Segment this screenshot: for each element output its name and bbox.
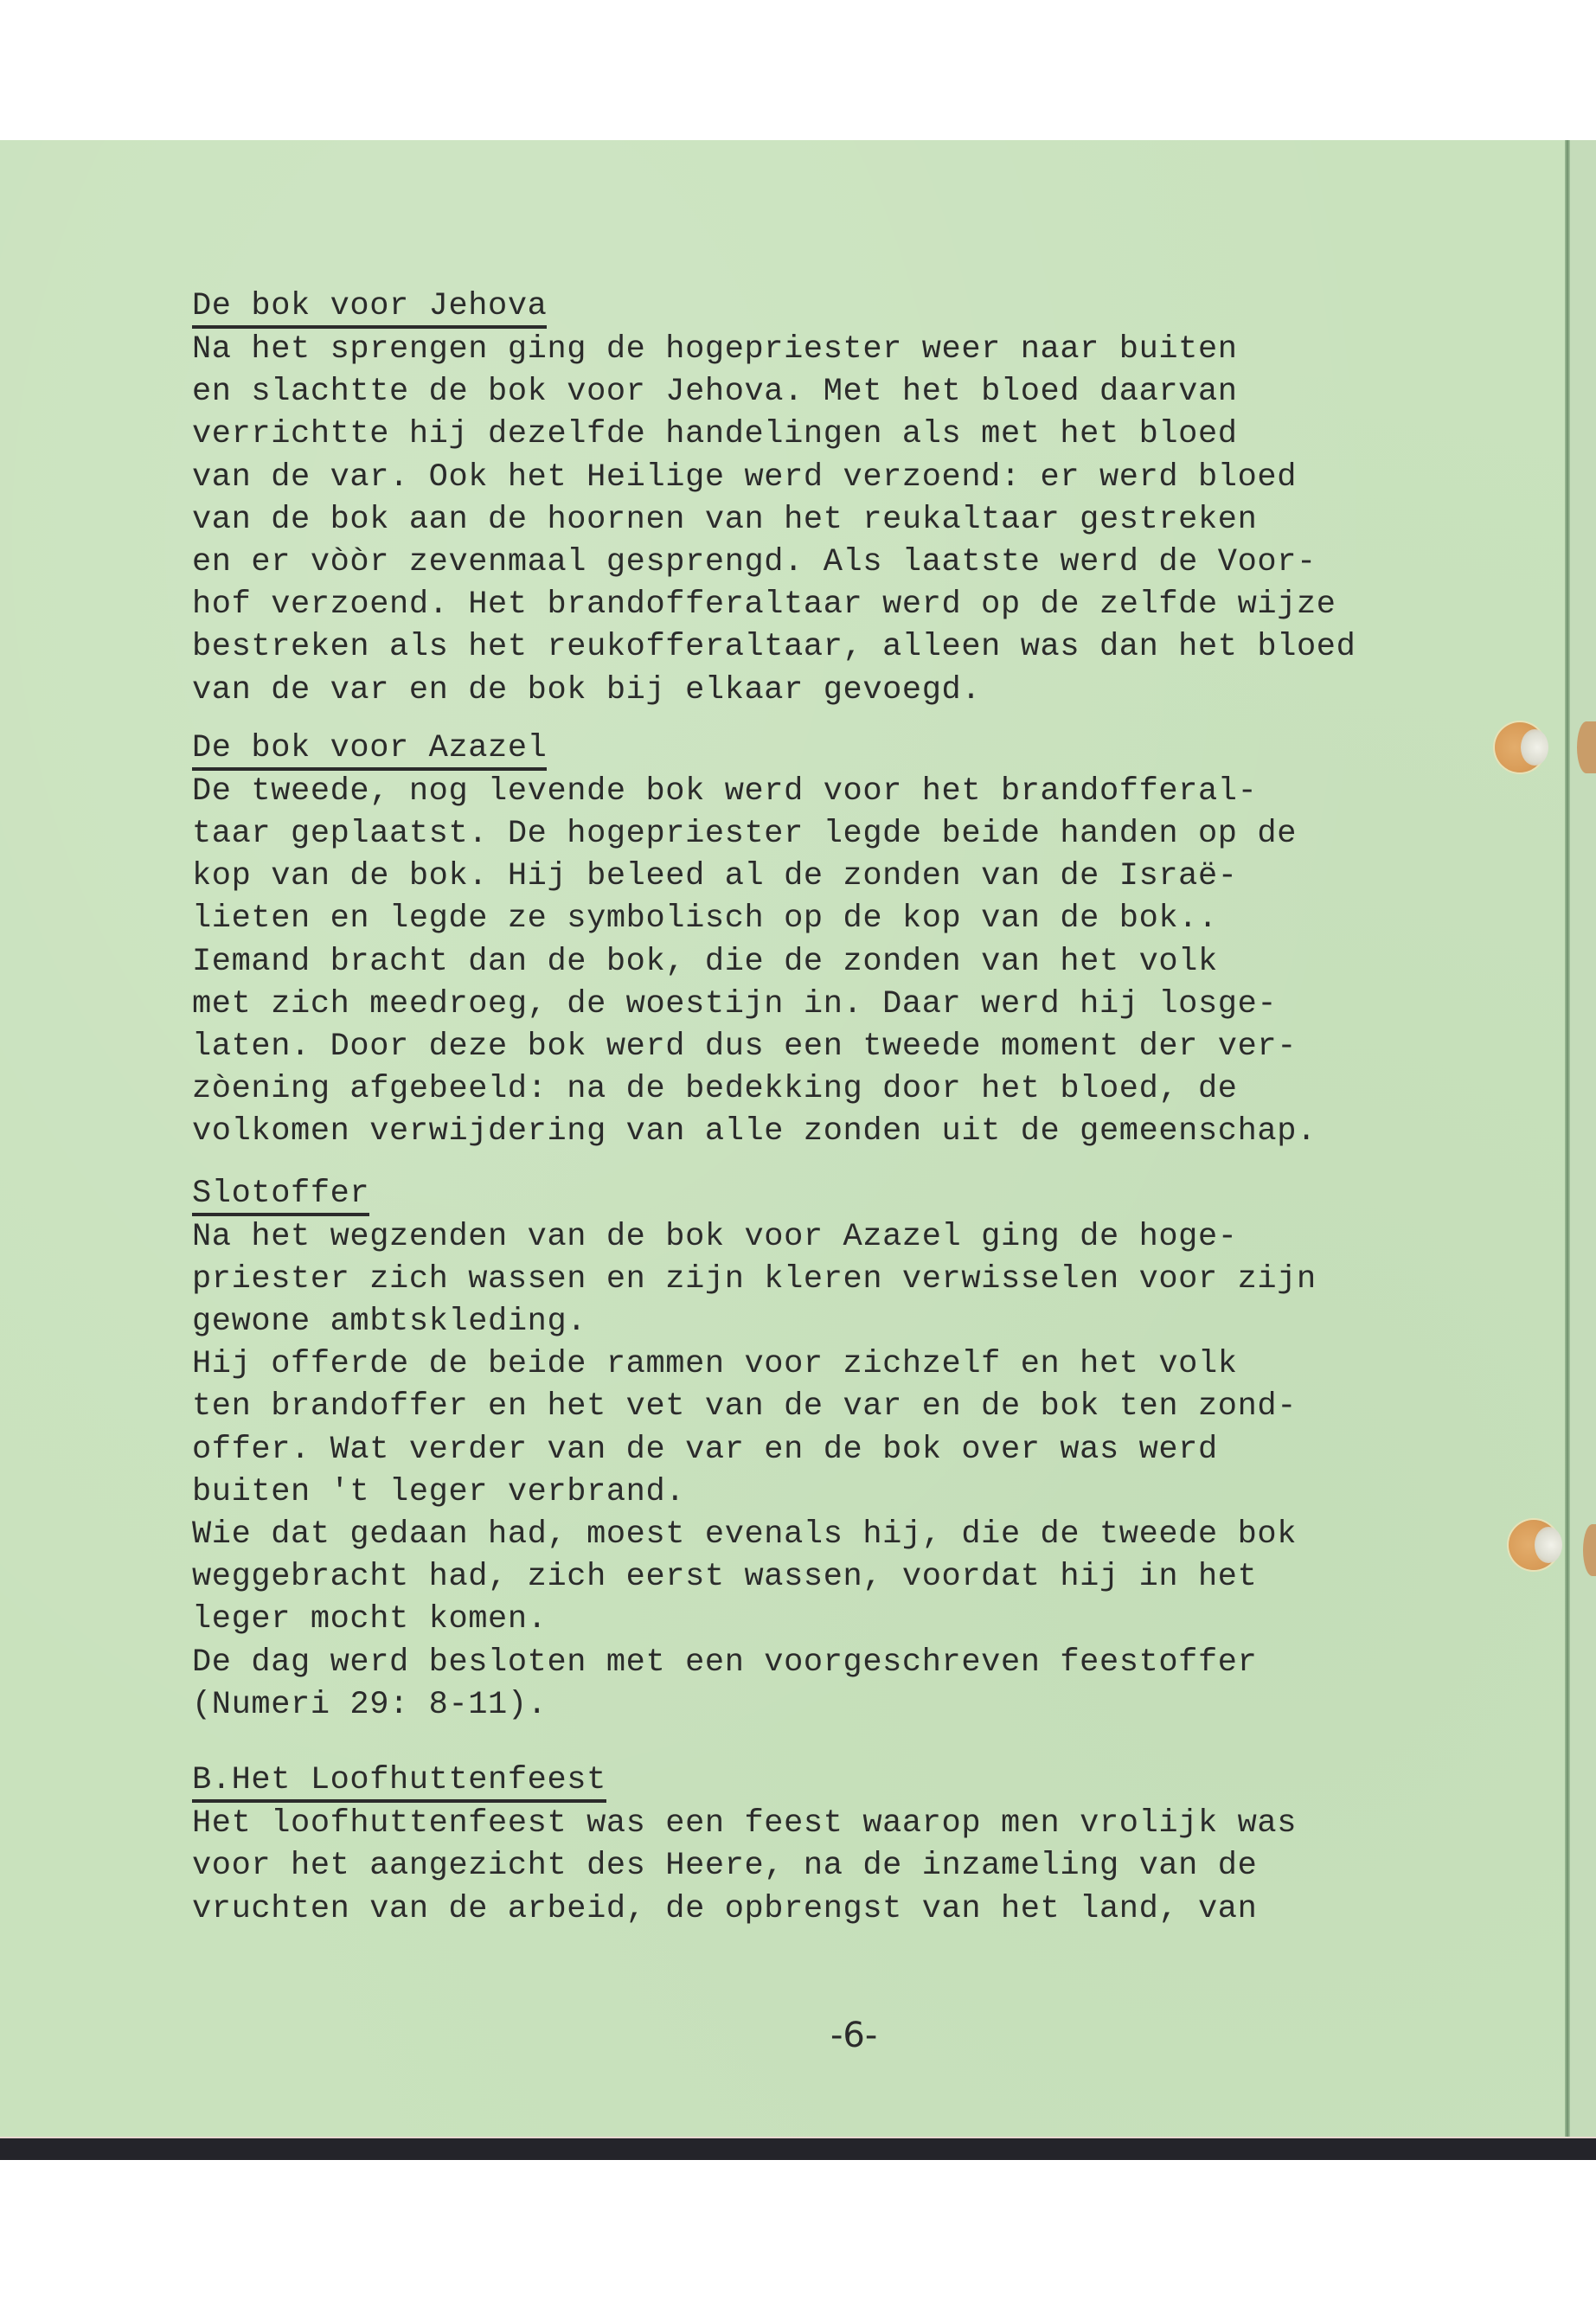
page-fold-shadow (1565, 140, 1570, 2160)
section-bok-voor-azazel: De bok voor Azazel De tweede, nog levend… (192, 727, 1490, 1154)
text-line: met zich meedroeg, de woestijn in. Daar … (192, 984, 1490, 1026)
section-slotoffer: Slotoffer Na het wegzenden van de bok vo… (192, 1173, 1490, 1727)
text-line: Het loofhuttenfeest was een feest waarop… (192, 1803, 1490, 1845)
document-body: De bok voor Jehova Na het sprengen ging … (192, 285, 1490, 1931)
section-heading: Slotoffer (192, 1175, 369, 1216)
text-line: offer. Wat verder van de var en de bok o… (192, 1429, 1490, 1471)
text-line: buiten 't leger verbrand. (192, 1471, 1490, 1514)
text-line: taar geplaatst. De hogepriester legde be… (192, 813, 1490, 856)
text-line: en er vòòr zevenmaal gesprengd. Als laat… (192, 542, 1490, 584)
text-line: De dag werd besloten met een voorgeschre… (192, 1642, 1490, 1684)
text-line: van de var. Ook het Heilige werd verzoen… (192, 457, 1490, 499)
section-heading: De bok voor Azazel (192, 729, 547, 771)
section-heading: B.Het Loofhuttenfeest (192, 1761, 606, 1803)
text-line: ten brandoffer en het vet van de var en … (192, 1386, 1490, 1428)
text-line: Na het wegzenden van de bok voor Azazel … (192, 1216, 1490, 1259)
next-page-edge (1570, 140, 1596, 2137)
text-line: volkomen verwijdering van alle zonden ui… (192, 1111, 1490, 1153)
text-line: Iemand bracht dan de bok, die de zonden … (192, 941, 1490, 984)
text-line: priester zich wassen en zijn kleren verw… (192, 1259, 1490, 1301)
text-line: voor het aangezicht des Heere, na de inz… (192, 1845, 1490, 1888)
text-line: leger mocht komen. (192, 1599, 1490, 1641)
section-body: Het loofhuttenfeest was een feest waarop… (192, 1803, 1490, 1931)
scan-bottom-border (0, 2137, 1596, 2160)
text-line: (Numeri 29: 8-11). (192, 1684, 1490, 1727)
text-line: Wie dat gedaan had, moest evenals hij, d… (192, 1514, 1490, 1556)
binder-hole-icon (1509, 1520, 1559, 1570)
section-body: Na het sprengen ging de hogepriester wee… (192, 329, 1490, 712)
binder-hole-icon (1577, 721, 1596, 773)
section-heading: De bok voor Jehova (192, 287, 547, 329)
text-line: bestreken als het reukofferaltaar, allee… (192, 626, 1490, 669)
text-line: van de bok aan de hoornen van het reukal… (192, 499, 1490, 542)
binder-hole-icon (1583, 1524, 1596, 1576)
text-line: Hij offerde de beide rammen voor zichzel… (192, 1343, 1490, 1386)
section-body: De tweede, nog levende bok werd voor het… (192, 771, 1490, 1154)
text-line: en slachtte de bok voor Jehova. Met het … (192, 371, 1490, 413)
page-number: -6- (830, 2016, 877, 2055)
text-line: lieten en legde ze symbolisch op de kop … (192, 898, 1490, 940)
text-line: kop van de bok. Hij beleed al de zonden … (192, 856, 1490, 898)
text-line: verrichtte hij dezelfde handelingen als … (192, 413, 1490, 456)
section-loofhuttenfeest: B.Het Loofhuttenfeest Het loofhuttenfees… (192, 1759, 1490, 1931)
text-line: weggebracht had, zich eerst wassen, voor… (192, 1556, 1490, 1599)
text-line: zòening afgebeeld: na de bedekking door … (192, 1068, 1490, 1111)
section-body: Na het wegzenden van de bok voor Azazel … (192, 1216, 1490, 1727)
text-line: hof verzoend. Het brandofferaltaar werd … (192, 584, 1490, 626)
text-line: De tweede, nog levende bok werd voor het… (192, 771, 1490, 813)
text-line: laten. Door deze bok werd dus een tweede… (192, 1026, 1490, 1068)
section-bok-voor-jehova: De bok voor Jehova Na het sprengen ging … (192, 285, 1490, 712)
text-line: van de var en de bok bij elkaar gevoegd. (192, 670, 1490, 712)
text-line: gewone ambtskleding. (192, 1301, 1490, 1343)
text-line: Na het sprengen ging de hogepriester wee… (192, 329, 1490, 371)
binder-hole-icon (1495, 722, 1545, 772)
text-line: vruchten van de arbeid, de opbrengst van… (192, 1888, 1490, 1931)
